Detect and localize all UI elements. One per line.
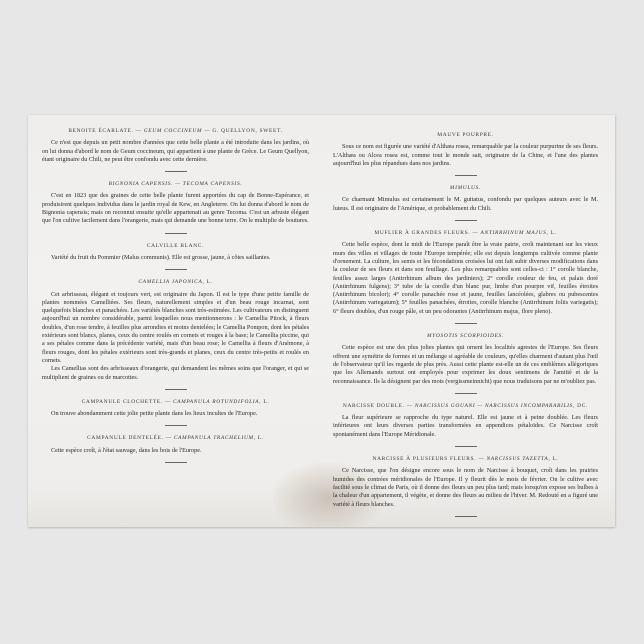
- section-heading: Bignonia capensis. — Tecoma capensis.: [42, 180, 309, 188]
- section-divider: [165, 233, 187, 234]
- section-heading: Narcisse à plusieurs fleurs. — Narcissus…: [333, 455, 598, 463]
- section-paragraph: Ce n'est que depuis un petit nombre d'an…: [42, 139, 309, 164]
- section-paragraph: Cette espèce croît, à l'état sauvage, da…: [42, 447, 309, 455]
- section-divider: [455, 393, 477, 394]
- section-paragraph: Cette belle espèce, dont le midi de l'Eu…: [333, 241, 598, 316]
- section-paragraph: Cette espèce est une des plus jolies pla…: [333, 344, 598, 385]
- article-section: Myosotis scorpioides.Cette espèce est un…: [333, 332, 598, 394]
- section-heading: Muflier à grandes fleurs. — Antirrhinum …: [333, 229, 598, 237]
- article-section: Narcisse double. — Narcissus Gouani — Na…: [333, 402, 598, 447]
- section-divider: [165, 269, 187, 270]
- section-divider: [455, 446, 477, 447]
- section-divider: [165, 389, 187, 390]
- article-section: Campanule clochette. — Campanula rotundi…: [42, 398, 309, 427]
- article-section: Mauve pourpre.Sous ce nom est figurée un…: [333, 131, 598, 176]
- article-section: Mimulus.Ce charmant Mimulus est certaine…: [333, 184, 598, 221]
- section-paragraph: Ce charmant Mimulus est certainement le …: [333, 196, 598, 213]
- section-heading: Benoite écarlate. — Geum coccineum — G. …: [42, 127, 309, 135]
- document-page: Benoite écarlate. — Geum coccineum — G. …: [28, 115, 615, 527]
- section-paragraph: Ce Narcisse, que l'on désigne encore sou…: [333, 467, 598, 508]
- article-section: Narcisse à plusieurs fleurs. — Narcissus…: [333, 455, 598, 517]
- section-heading: Campanule clochette. — Campanula rotundi…: [42, 398, 309, 406]
- article-section: Camellia japonica, L.Cet arbrisseau, élé…: [42, 278, 309, 390]
- article-section: Calville blanc.Variété du fruit du Pommi…: [42, 242, 309, 271]
- left-column: Benoite écarlate. — Geum coccineum — G. …: [42, 127, 309, 471]
- section-heading: Mauve pourpre.: [333, 131, 598, 139]
- section-paragraph: On trouve abondamment cette jolie petite…: [42, 410, 309, 418]
- section-divider: [165, 171, 187, 172]
- section-heading: Myosotis scorpioides.: [333, 332, 598, 340]
- section-heading: Mimulus.: [333, 184, 598, 192]
- section-paragraph: Les Camellias sont des arbrisseaux d'ora…: [42, 365, 309, 382]
- section-divider: [165, 425, 187, 426]
- section-paragraph: La fleur supérieure se rapproche du type…: [333, 414, 598, 439]
- section-heading: Camellia japonica, L.: [42, 278, 309, 286]
- article-section: Benoite écarlate. — Geum coccineum — G. …: [42, 127, 309, 172]
- right-column: Mauve pourpre.Sous ce nom est figurée un…: [333, 131, 598, 525]
- section-paragraph: Variété du fruit du Pommier (Malus commu…: [42, 254, 309, 262]
- section-divider: [165, 462, 187, 463]
- article-section: Muflier à grandes fleurs. — Antirrhinum …: [333, 229, 598, 324]
- section-paragraph: Cet arbrisseau, élégant et toujours vert…: [42, 291, 309, 366]
- section-heading: Calville blanc.: [42, 242, 309, 250]
- section-divider: [455, 175, 477, 176]
- section-paragraph: Sous ce nom est figurée une variété d'Al…: [333, 143, 598, 168]
- section-paragraph: C'est en 1823 que des graines de cette b…: [42, 192, 309, 225]
- section-divider: [455, 516, 477, 517]
- section-divider: [455, 220, 477, 221]
- section-heading: Campanule dentelée. — Campanula tracheli…: [42, 434, 309, 442]
- section-heading: Narcisse double. — Narcissus Gouani — Na…: [333, 402, 598, 410]
- article-section: Bignonia capensis. — Tecoma capensis.C'e…: [42, 180, 309, 233]
- section-divider: [455, 323, 477, 324]
- article-section: Campanule dentelée. — Campanula tracheli…: [42, 434, 309, 463]
